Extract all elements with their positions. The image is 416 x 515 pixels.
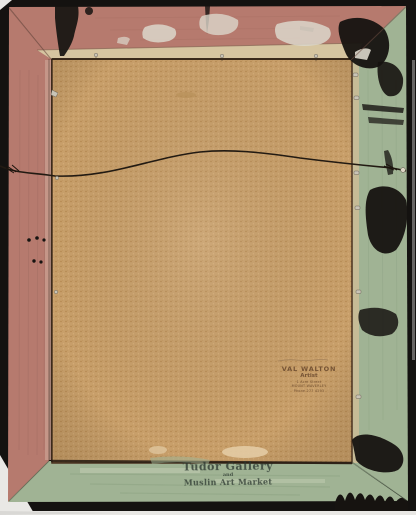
nail bbox=[354, 96, 359, 100]
nail bbox=[353, 73, 358, 77]
wire-eyelet-right bbox=[401, 168, 406, 173]
frame-edge-highlight bbox=[412, 60, 415, 360]
frame-liner-left bbox=[45, 60, 51, 460]
board-smudge bbox=[176, 92, 196, 98]
backing-board-shading bbox=[52, 59, 352, 463]
paint-scuff bbox=[80, 468, 200, 473]
board-scuff bbox=[222, 446, 268, 458]
nail bbox=[355, 206, 360, 210]
frame-back-graphic bbox=[0, 0, 416, 515]
framed-picture-back-photo: VAL WALTON Artist 1 Acre Street MOUNT WA… bbox=[0, 0, 416, 515]
nail bbox=[354, 171, 359, 175]
nail bbox=[356, 290, 361, 294]
paint-scuff bbox=[215, 479, 325, 483]
nail bbox=[54, 290, 57, 293]
frame-liner-right bbox=[352, 60, 359, 463]
nail bbox=[356, 395, 361, 399]
board-scuff bbox=[149, 446, 167, 454]
nail bbox=[55, 176, 58, 179]
